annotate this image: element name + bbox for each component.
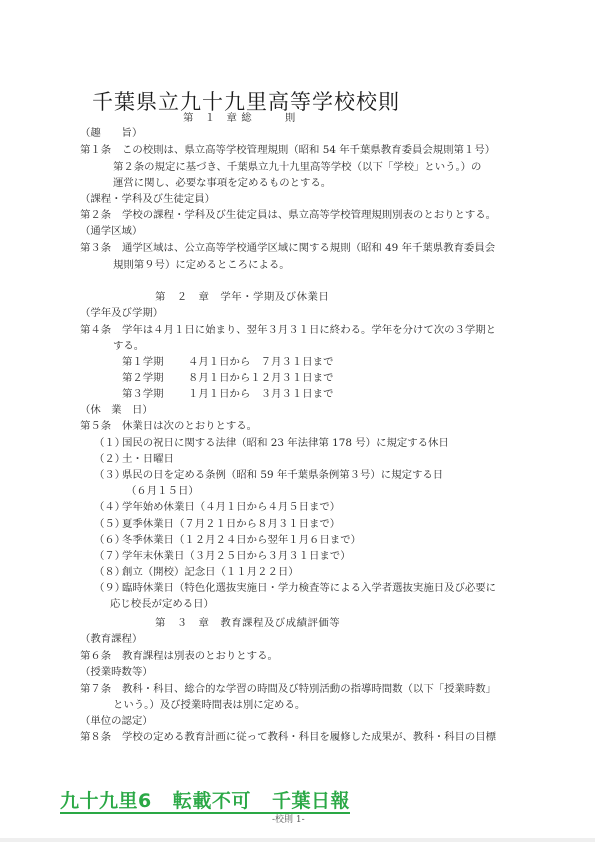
term-2-period: ８月１日から１２月３１日まで [188, 371, 333, 385]
holiday-4-num: （４） [94, 500, 125, 514]
article-5-line-1: 休業日は次のとおりとする。 [122, 419, 257, 433]
term-3-name: 第３学期 [122, 387, 164, 401]
article-5-number: 第５条 [80, 419, 111, 433]
holiday-3-text: 県民の日を定める条例（昭和 59 年千葉県条例第３号）に規定する日 [122, 468, 443, 482]
holiday-3-num: （３） [94, 468, 125, 482]
caption-credit: （単位の認定） [80, 714, 153, 728]
caption-district: （通学区域） [80, 224, 142, 238]
chapter-1-heading: 第 １ 章 総 則 [183, 111, 296, 125]
article-2-number: 第２条 [80, 208, 111, 222]
chapter-2-heading: 第 ２ 章 学年・学期及び休業日 [155, 290, 329, 304]
article-4-line-2: する。 [113, 339, 144, 353]
article-8-line-1: 学校の定める教育計画に従って教科・科目を履修した成果が、教科・科目の目標 [122, 730, 496, 744]
caption-curriculum: （教育課程） [80, 632, 142, 646]
chapter-3-heading: 第 ３ 章 教育課程及び成績評価等 [155, 616, 340, 630]
caption-year-terms: （学年及び学期） [80, 306, 163, 320]
watermark-stamp: 九十九里6 転載不可 千葉日報 [60, 790, 350, 814]
term-2-name: 第２学期 [122, 371, 164, 385]
article-6-line-1: 教育課程は別表のとおりとする。 [122, 649, 278, 663]
article-2-line-1: 学校の課程・学科及び生徒定員は、県立高等学校管理規則別表のとおりとする。 [122, 208, 496, 222]
page-bottom-edge [0, 838, 595, 842]
article-1-line-1: この校則は、県立高等学校管理規則（昭和 54 年千葉県教育委員会規則第１号） [122, 143, 495, 157]
holiday-5-num: （５） [94, 517, 125, 531]
article-7-number: 第７条 [80, 682, 111, 696]
holiday-4-text: 学年始め休業日（４月１日から４月５日まで） [122, 500, 340, 514]
holiday-9-num: （９） [94, 581, 125, 595]
holiday-9-cont: 応じ校長が定める日） [110, 597, 214, 611]
article-6-number: 第６条 [80, 649, 111, 663]
holiday-2-num: （２） [94, 452, 125, 466]
article-1-line-2: 第２条の規定に基づき、千葉県立九十九里高等学校（以下「学校」という。）の [113, 160, 481, 174]
caption-class-hours: （授業時数等） [80, 665, 153, 679]
stamp-part-publisher: 千葉日報 [272, 790, 350, 812]
holiday-6-text: 冬季休業日（１２月２４日から翌年１月６日まで） [122, 533, 361, 547]
article-7-line-1: 教科・科目、総合的な学習の時間及び特別活動の指導時間数（以下「授業時数」 [122, 682, 496, 696]
holiday-3-cont: （６月１５日） [126, 484, 199, 498]
holiday-6-num: （６） [94, 533, 125, 547]
stamp-part-school: 九十九里6 [60, 790, 152, 812]
holiday-8-text: 創立（開校）記念日（１１月２２日） [122, 565, 299, 579]
article-4-line-1: 学年は４月１日に始まり、翌年３月３１日に終わる。学年を分けて次の３学期と [122, 323, 496, 337]
holiday-9-text: 臨時休業日（特色化選抜実施日・学力検査等による入学者選抜実施日及び必要に [122, 581, 496, 595]
holiday-7-text: 学年末休業日（３月２５日から３月３１日まで） [122, 549, 351, 563]
holiday-5-text: 夏季休業日（７月２１日から８月３１日まで） [122, 517, 340, 531]
holiday-1-text: 国民の祝日に関する法律（昭和 23 年法律第 178 号）に規定する休日 [122, 436, 449, 450]
article-7-line-2: という。）及び授業時間表は別に定める。 [113, 698, 305, 712]
article-1-line-3: 運営に関し、必要な事項を定めるものとする。 [113, 176, 331, 190]
document-page: 千葉県立九十九里高等学校校則 第 １ 章 総 則 （趣 旨） 第１条 この校則は… [0, 0, 595, 842]
article-4-number: 第４条 [80, 323, 111, 337]
holiday-7-num: （７） [94, 549, 125, 563]
term-3-period: １月１日から ３月３１日まで [188, 387, 333, 401]
holiday-1-num: （１） [94, 436, 125, 450]
caption-holidays: （休 業 日） [80, 403, 153, 417]
holiday-8-num: （８） [94, 565, 125, 579]
article-8-number: 第８条 [80, 730, 111, 744]
holiday-2-text: 土・日曜日 [122, 452, 174, 466]
article-3-line-1: 通学区域は、公立高等学校通学区域に関する規則（昭和 49 年千葉県教育委員会 [122, 241, 495, 255]
caption-purpose: （趣 旨） [80, 126, 142, 140]
stamp-part-notice: 転載不可 [173, 790, 251, 812]
caption-course: （課程・学科及び生徒定員） [80, 192, 215, 206]
article-3-number: 第３条 [80, 241, 111, 255]
term-1-name: 第１学期 [122, 355, 164, 369]
term-1-period: ４月１日から ７月３１日まで [188, 355, 333, 369]
article-3-line-2: 規則第９号）に定めるところによる。 [113, 258, 290, 272]
article-1-number: 第１条 [80, 143, 111, 157]
